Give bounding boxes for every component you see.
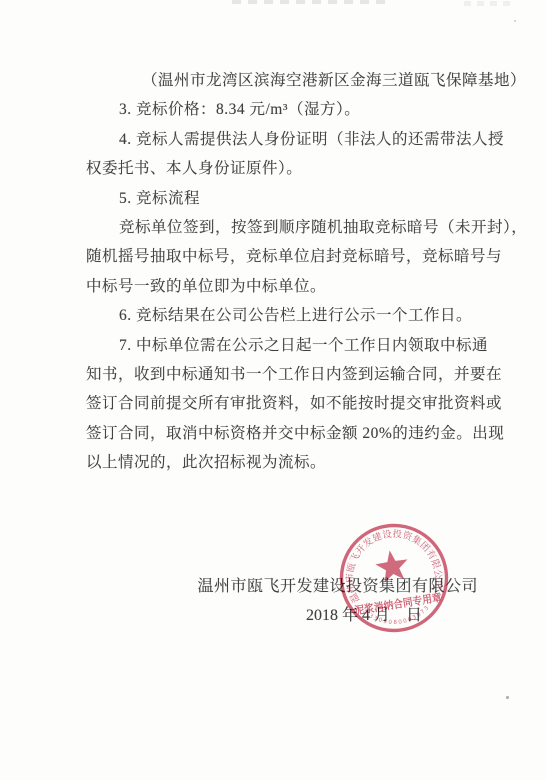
text-line: 中标号一致的单位即为中标单位。 [86,272,490,301]
text-line: 7. 中标单位需在公示之日起一个工作日内领取中标通 [86,331,490,360]
text-line: 4. 竞标人需提供法人身份证明（非法人的还需带法人授 [86,125,490,154]
scan-artifact-top-right [464,1,510,6]
text-line: 6. 竞标结果在公司公告栏上进行公示一个工作日。 [86,301,490,330]
text-line: 随机摇号抽取中标号，竞标单位启封竞标暗号，竞标暗号与 [86,242,490,271]
text-line: 5. 竞标流程 [86,184,490,213]
scan-artifact-top-edge [232,0,392,4]
scanned-document-page: （温州市龙湾区滨海空港新区金海三道瓯飞保障基地）3. 竞标价格：8.34 元/m… [0,0,546,780]
text-line: 以上情况的，此次招标视为流标。 [86,448,490,477]
document-text-block: （温州市龙湾区滨海空港新区金海三道瓯飞保障基地）3. 竞标价格：8.34 元/m… [86,66,490,477]
text-line: 3. 竞标价格：8.34 元/m³（湿方）。 [86,95,490,124]
text-line: 签订合同前提交所有审批资料，如不能按时提交审批资料或 [86,389,490,418]
company-seal: 温州市瓯飞开发建设投资集团有限公司 泥浆消纳合同专用章 330508000307… [312,496,477,661]
seal-banner-text: 泥浆消纳合同专用章 [354,590,443,618]
text-line: 权委托书、本人身份证原件）。 [86,154,490,183]
text-line: 知书，收到中标通知书一个工作日内签到运输合同，并要在 [86,360,490,389]
scan-speck [506,696,509,699]
text-line: 签订合同，取消中标资格并交中标金额 20%的违约金。出现 [86,419,490,448]
scan-speck [514,20,516,22]
text-line: 竞标单位签到，按签到顺序随机抽取竞标暗号（未开封）， [86,213,490,242]
text-line: （温州市龙湾区滨海空港新区金海三道瓯飞保障基地） [86,66,490,95]
star-icon [374,548,411,583]
